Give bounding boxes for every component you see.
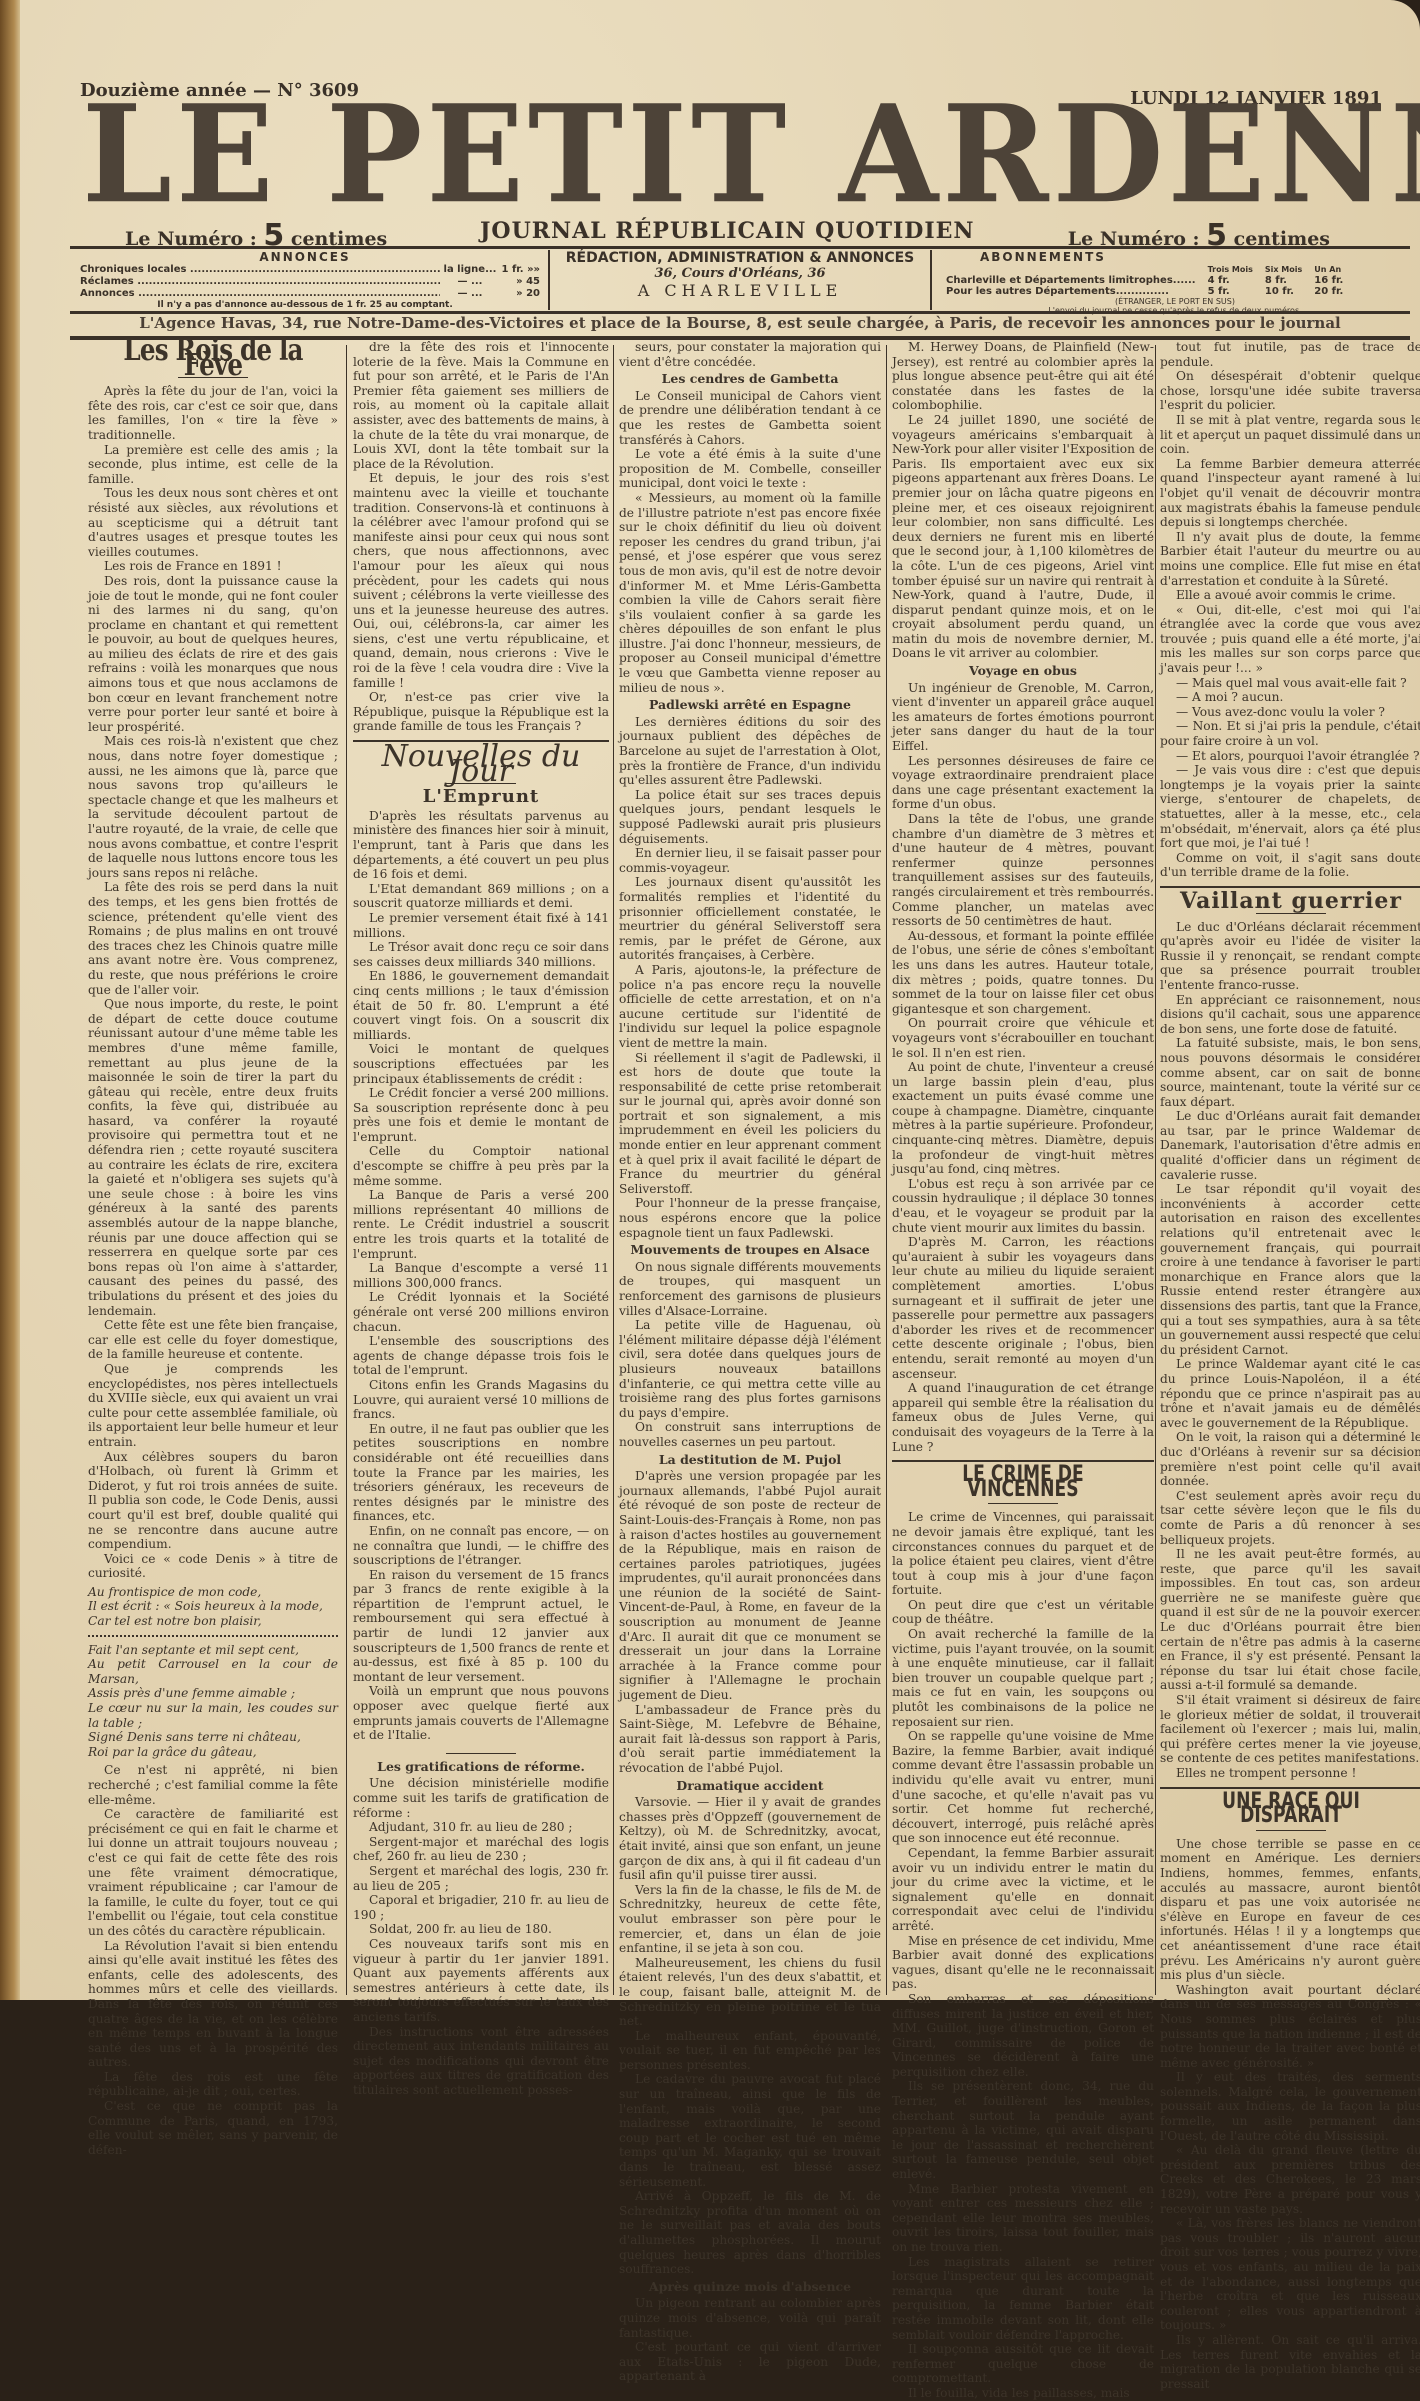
paragraph: Le duc d'Orléans aurait fait demander au… bbox=[1160, 1109, 1420, 1182]
verse-line: Roi par la grâce du gâteau, bbox=[88, 1745, 338, 1760]
paragraph: Le Trésor avait donc reçu ce soir dans s… bbox=[353, 940, 609, 969]
paragraph: Le Crédit lyonnais et la Société général… bbox=[353, 1290, 609, 1334]
paragraph: Voici ce « code Denis » à titre de curio… bbox=[88, 1552, 338, 1581]
paragraph: Le crime de Vincennes, qui paraissait ne… bbox=[892, 1510, 1154, 1598]
paragraph: Un ingénieur de Grenoble, M. Carron, vie… bbox=[892, 681, 1154, 754]
agence-havas-notice: L'Agence Havas, 34, rue Notre-Dame-des-V… bbox=[70, 314, 1410, 332]
paragraph: Cependant, la femme Barbier assurait avo… bbox=[892, 1846, 1154, 1934]
article-title: Padlewski arrêté en Espagne bbox=[619, 698, 881, 713]
paragraph: La fatuité subsiste, mais, le bon sens, … bbox=[1160, 1036, 1420, 1109]
annonce-rate-row: Chroniques localesla ligne...1 fr. »» bbox=[70, 264, 540, 276]
paragraph: On le voit, la raison qui a déterminé le… bbox=[1160, 1430, 1420, 1488]
paragraph: — Et alors, pourquoi l'avoir étranglée ? bbox=[1160, 749, 1420, 764]
section-title: Nouvelles du Jour bbox=[353, 750, 609, 779]
article-title: L'Emprunt bbox=[353, 790, 609, 805]
paragraph: Dans la tête de l'obus, une grande chamb… bbox=[892, 812, 1154, 929]
abonnements-box: ABONNEMENTS Trois MoisSix MoisUn AnCharl… bbox=[940, 250, 1410, 310]
paragraph: — Vous avez-donc voulu la voler ? bbox=[1160, 705, 1420, 720]
paragraph: Et depuis, le jour des rois s'est mainte… bbox=[353, 471, 609, 690]
column-3: seurs, pour constater la majoration qui … bbox=[619, 340, 881, 2000]
paragraph: D'après les résultats parvenus au minist… bbox=[353, 809, 609, 882]
article-title: UNE RACE QUI DISPARAIT bbox=[1189, 1795, 1393, 1824]
paragraph: Malheureusement, les chiens du fusil éta… bbox=[619, 1956, 881, 2000]
paragraph: Les rois de France en 1891 ! bbox=[88, 559, 338, 574]
verse-line: Au petit Carrousel en la cour de Marsan, bbox=[88, 1657, 338, 1686]
paragraph: En appréciant ce raisonnement, nous disi… bbox=[1160, 993, 1420, 1037]
paragraph: On se rappelle qu'une voisine de Mme Baz… bbox=[892, 1729, 1154, 1846]
paragraph: Son embarras et ses dépositions diffuses… bbox=[892, 1992, 1154, 2000]
divider bbox=[70, 246, 1410, 249]
column-rule bbox=[1155, 345, 1156, 1995]
annonces-box: ANNONCES Chroniques localesla ligne...1 … bbox=[70, 250, 540, 310]
paragraph: En raison du versement de 15 francs par … bbox=[353, 1568, 609, 1685]
paragraph: Voici le montant de quelques souscriptio… bbox=[353, 1042, 609, 1086]
paragraph: La femme Barbier demeura atterrée quand … bbox=[1160, 457, 1420, 530]
column-1: Les Rois de la Fève Après la fête du jou… bbox=[88, 340, 338, 2000]
paragraph: « Messieurs, au moment où la famille de … bbox=[619, 491, 881, 695]
paragraph: Citons enfin les Grands Magasins du Louv… bbox=[353, 1378, 609, 1422]
paragraph: Le premier versement était fixé à 141 mi… bbox=[353, 911, 609, 940]
paragraph: — Non. Et si j'ai pris la pendule, c'éta… bbox=[1160, 719, 1420, 748]
paragraph: Les dernières éditions du soir des journ… bbox=[619, 715, 881, 788]
paragraph: Mais ces rois-là n'existent que chez nou… bbox=[88, 734, 338, 880]
verse-line: Au frontispice de mon code, bbox=[88, 1585, 338, 1600]
paragraph: Aux célèbres soupers du baron d'Holbach,… bbox=[88, 1450, 338, 1552]
column-4: M. Herwey Doans, de Plainfield (New-Jers… bbox=[892, 340, 1154, 2000]
paragraph: D'après une version propagée par les jou… bbox=[619, 1469, 881, 1703]
paragraph: « Oui, dit-elle, c'est moi qui l'ai étra… bbox=[1160, 603, 1420, 676]
paragraph: Le Crédit foncier a versé 200 millions. … bbox=[353, 1086, 609, 1144]
paragraph: Si réellement il s'agit de Padlewski, il… bbox=[619, 1051, 881, 1197]
paragraph: A Paris, ajoutons-le, la préfecture de p… bbox=[619, 963, 881, 1051]
paragraph: Il ne les avait peut-être formés, au res… bbox=[1160, 1547, 1420, 1693]
paragraph: Cette fête est une fête bien française, … bbox=[88, 1318, 338, 1362]
paragraph: Le Conseil municipal de Cahors vient de … bbox=[619, 389, 881, 447]
paragraph: Ce caractère de familiarité est précisém… bbox=[88, 1807, 338, 1938]
column-rule bbox=[346, 345, 347, 1995]
verse-line: Fait l'an septante et mil sept cent, bbox=[88, 1643, 338, 1658]
paragraph: Adjudant, 310 fr. au lieu de 280 ; bbox=[353, 1820, 609, 1835]
paragraph: — A moi ? aucun. bbox=[1160, 690, 1420, 705]
article-title: Mouvements de troupes en Alsace bbox=[619, 1243, 881, 1258]
column-rule bbox=[886, 345, 887, 1995]
paragraph: Le 24 juillet 1890, une société de voyag… bbox=[892, 413, 1154, 661]
paragraph: Le vote a été émis à la suite d'une prop… bbox=[619, 447, 881, 491]
newspaper-page: Douzième année — N° 3609 LUNDI 12 JANVIE… bbox=[20, 0, 1420, 2000]
info-bar: ANNONCES Chroniques localesla ligne...1 … bbox=[70, 250, 1410, 310]
paragraph: En dernier lieu, il se faisait passer po… bbox=[619, 846, 881, 875]
paragraph: Mise en présence de cet individu, Mme Ba… bbox=[892, 1934, 1154, 1992]
paragraph: Pour l'honneur de la presse française, n… bbox=[619, 1196, 881, 1240]
paragraph: La première est celle des amis ; la seco… bbox=[88, 443, 338, 487]
paragraph: L'Etat demandant 869 millions ; on a sou… bbox=[353, 882, 609, 911]
article-title: Les Rois de la Fève bbox=[111, 344, 316, 373]
article-title: Vaillant guerrier bbox=[1160, 894, 1420, 909]
verse-line: Signé Denis sans terre ni château, bbox=[88, 1730, 338, 1745]
paragraph: La fête des rois se perd dans la nuit de… bbox=[88, 880, 338, 997]
article-title: LE CRIME DE VINCENNES bbox=[921, 1468, 1125, 1497]
paragraph: dre la fête des rois et l'innocente lote… bbox=[353, 340, 609, 471]
paragraph: M. Herwey Doans, de Plainfield (New-Jers… bbox=[892, 340, 1154, 413]
paragraph: La police était sur ses traces depuis qu… bbox=[619, 788, 881, 846]
paragraph: — Je vais vous dire : c'est que depuis l… bbox=[1160, 763, 1420, 851]
paragraph: Des rois, dont la puissance cause la joi… bbox=[88, 574, 338, 735]
subscription-table: Trois MoisSix MoisUn AnCharleville et Dé… bbox=[940, 264, 1349, 297]
paragraph: On construit sans interruptions de nouve… bbox=[619, 1420, 881, 1449]
paragraph: A quand l'inauguration de cet étrange ap… bbox=[892, 1381, 1154, 1454]
annonce-rate-row: Réclames— ...» 45 bbox=[70, 276, 540, 288]
paragraph: On pourrait croire que véhicule et voyag… bbox=[892, 1016, 1154, 1060]
redaction-box: RÉDACTION, ADMINISTRATION & ANNONCES 36,… bbox=[548, 250, 932, 310]
paragraph: Le tsar répondit qu'il voyait des inconv… bbox=[1160, 1182, 1420, 1357]
paragraph: C'est seulement après avoir reçu du tsar… bbox=[1160, 1489, 1420, 1547]
paragraph: Le duc d'Orléans déclarait récemment qu'… bbox=[1160, 920, 1420, 993]
paragraph: L'ambassadeur de France près du Saint-Si… bbox=[619, 1703, 881, 1776]
paragraph: Vers la fin de la chasse, le fils de M. … bbox=[619, 1883, 881, 1956]
subscription-row: Pour les autres Départements............… bbox=[940, 286, 1349, 297]
paragraph: seurs, pour constater la majoration qui … bbox=[619, 340, 881, 369]
paragraph: Après la fête du jour de l'an, voici la … bbox=[88, 384, 338, 442]
article-title: Les gratifications de réforme. bbox=[353, 1760, 609, 1775]
paragraph: On avait recherché la famille de la vict… bbox=[892, 1627, 1154, 1729]
column-5: tout fut inutile, pas de trace de pendul… bbox=[1160, 340, 1420, 2000]
column-2: dre la fête des rois et l'innocente lote… bbox=[353, 340, 609, 2000]
paragraph: L'obus est reçu à son arrivée par ce cou… bbox=[892, 1177, 1154, 1235]
verse-line: Assis près d'une femme aimable ; bbox=[88, 1686, 338, 1701]
verse-line: Le cœur nu sur la main, les coudes sur l… bbox=[88, 1701, 338, 1730]
column-rule bbox=[613, 345, 614, 1995]
article-title: La destitution de M. Pujol bbox=[619, 1453, 881, 1468]
paragraph: Ce n'est ni apprêté, ni bien recherché ;… bbox=[88, 1763, 338, 1807]
paragraph: Une décision ministérielle modifie comme… bbox=[353, 1776, 609, 1820]
paragraph: D'après M. Carron, les réactions qu'aura… bbox=[892, 1235, 1154, 1381]
verse-line: Il est écrit : « Sois heureux à la mode, bbox=[88, 1599, 338, 1614]
paragraph: En outre, il ne faut pas oublier que les… bbox=[353, 1422, 609, 1524]
paragraph: Le prince Waldemar ayant cité le cas du … bbox=[1160, 1357, 1420, 1430]
paragraph: Elle a avoué avoir commis le crime. bbox=[1160, 588, 1420, 603]
paragraph: Au-dessous, et formant la pointe effilée… bbox=[892, 929, 1154, 1017]
paragraph: On désespérait d'obtenir quelque chose, … bbox=[1160, 369, 1420, 413]
paragraph: Celle du Comptoir national d'escompte se… bbox=[353, 1144, 609, 1188]
paragraph: Tous les deux nous sont chères et ont ré… bbox=[88, 486, 338, 559]
paragraph: Les journaux disent qu'aussitôt les form… bbox=[619, 875, 881, 963]
paragraph: Comme on voit, il s'agit sans doute d'un… bbox=[1160, 851, 1420, 880]
paragraph: La Banque de Paris a versé 200 millions … bbox=[353, 1188, 609, 1261]
journal-subtitle: JOURNAL RÉPUBLICAIN QUOTIDIEN bbox=[480, 218, 975, 244]
article-title: Les cendres de Gambetta bbox=[619, 372, 881, 387]
paragraph: Caporal et brigadier, 210 fr. au lieu de… bbox=[353, 1893, 609, 1922]
paragraph: La petite ville de Haguenau, où l'élémen… bbox=[619, 1318, 881, 1420]
paragraph: Voilà un emprunt que nous pouvons oppose… bbox=[353, 1684, 609, 1742]
paragraph: La Révolution l'avait si bien entendu ai… bbox=[88, 1939, 338, 2000]
paragraph: Varsovie. — Hier il y avait de grandes c… bbox=[619, 1795, 881, 1883]
paragraph: S'il était vraiment si désireux de faire… bbox=[1160, 1693, 1420, 1766]
paragraph: — Mais quel mal vous avait-elle fait ? bbox=[1160, 676, 1420, 691]
paragraph: Il se mit à plat ventre, regarda sous le… bbox=[1160, 413, 1420, 457]
page-edge bbox=[0, 0, 20, 2000]
paragraph: Soldat, 200 fr. au lieu de 180. bbox=[353, 1922, 609, 1937]
annonce-rate-row: Annonces— ...» 20 bbox=[70, 288, 540, 300]
paragraph: Elles ne trompent personne ! bbox=[1160, 1766, 1420, 1781]
paragraph: La Banque d'escompte a versé 11 millions… bbox=[353, 1261, 609, 1290]
paragraph: L'ensemble des souscriptions des agents … bbox=[353, 1334, 609, 1378]
verse-line: Car tel est notre bon plaisir, bbox=[88, 1614, 338, 1629]
paragraph: Or, n'est-ce pas crier vive la Républiqu… bbox=[353, 690, 609, 734]
paragraph: Enfin, on ne connaît pas encore, — on ne… bbox=[353, 1524, 609, 1568]
paragraph: Les personnes désireuses de faire ce voy… bbox=[892, 754, 1154, 812]
paragraph: Sergent et maréchal des logis, 230 fr. a… bbox=[353, 1864, 609, 1893]
paragraph: Washington avait pourtant déclaré dans u… bbox=[1160, 1983, 1420, 2000]
paragraph: Ces nouveaux tarifs sont mis en vigueur … bbox=[353, 1937, 609, 2000]
paragraph: On nous signale différents mouvements de… bbox=[619, 1260, 881, 1318]
paragraph: Que nous importe, du reste, le point de … bbox=[88, 997, 338, 1318]
paragraph: Sergent-major et maréchal des logis chef… bbox=[353, 1835, 609, 1864]
article-title: Voyage en obus bbox=[892, 664, 1154, 679]
paragraph: Il n'y avait plus de doute, la femme Bar… bbox=[1160, 530, 1420, 588]
masthead-title: LE PETIT ARDENNAIS bbox=[82, 97, 1402, 213]
article-title: Dramatique accident bbox=[619, 1779, 881, 1794]
paragraph: Une chose terrible se passe en ce moment… bbox=[1160, 1837, 1420, 1983]
paragraph: Que je comprends les encyclopédistes, no… bbox=[88, 1362, 338, 1450]
subscription-row: Charleville et Départements limitrophes.… bbox=[940, 275, 1349, 286]
paragraph: En 1886, le gouvernement demandait cinq … bbox=[353, 969, 609, 1042]
paragraph: tout fut inutile, pas de trace de pendul… bbox=[1160, 340, 1420, 369]
paragraph: Au point de chute, l'inventeur a creusé … bbox=[892, 1060, 1154, 1177]
paragraph: On peut dire que c'est un véritable coup… bbox=[892, 1598, 1154, 1627]
